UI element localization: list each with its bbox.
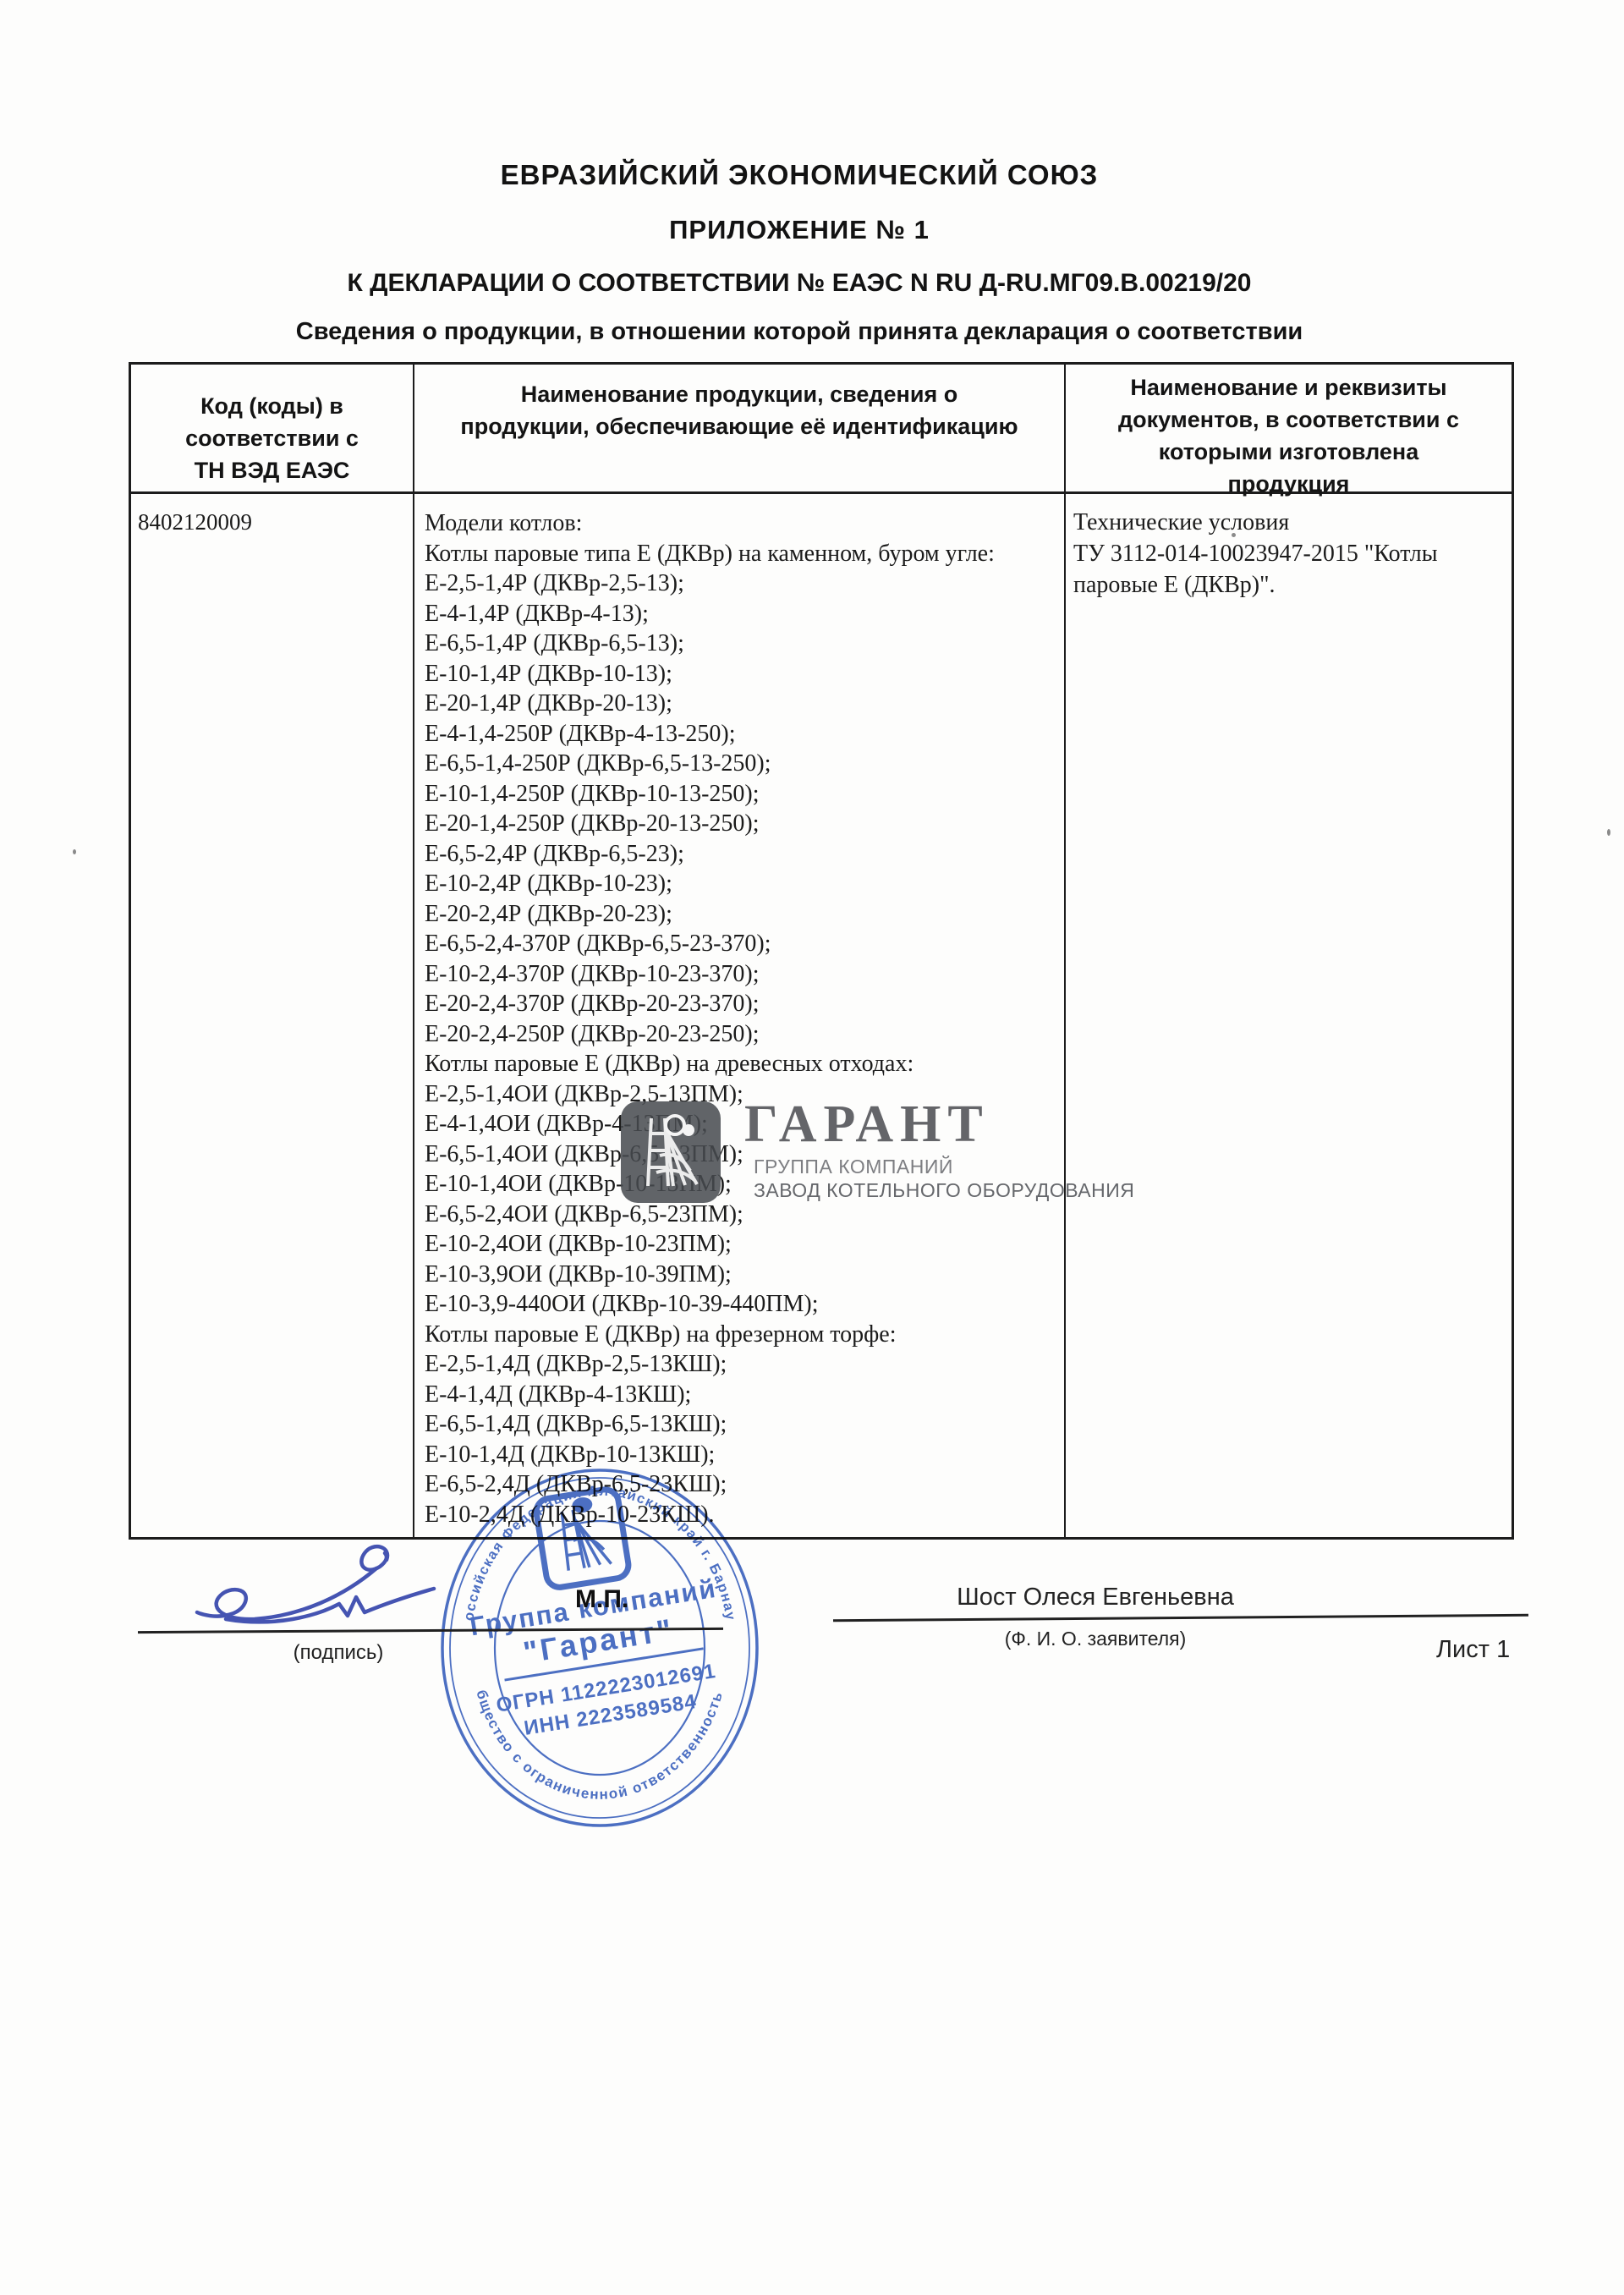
header-line: документов, в соответствии с xyxy=(1066,404,1512,436)
header-line: ТН ВЭД ЕАЭС xyxy=(131,454,413,486)
cell-products: Модели котлов:Котлы паровые типа Е (ДКВр… xyxy=(414,494,1066,1537)
product-line: Е-20-1,4Р (ДКВр-20-13); xyxy=(425,689,1061,719)
cell-code: 8402120009 xyxy=(131,494,414,1537)
product-line: Е-6,5-1,4Д (ДКВр-6,5-13КШ); xyxy=(425,1409,1061,1440)
product-line: Е-2,5-1,4ОИ (ДКВр-2,5-13ПМ); xyxy=(425,1079,1061,1110)
product-line: Е-4-1,4ОИ (ДКВр-4-13ПМ); xyxy=(425,1109,1061,1139)
product-line: Е-6,5-2,4ОИ (ДКВр-6,5-23ПМ); xyxy=(425,1200,1061,1230)
header-line: продукции, обеспечивающие её идентификац… xyxy=(414,410,1064,442)
applicant-line xyxy=(833,1614,1528,1622)
title-declaration-number: К ДЕКЛАРАЦИИ О СООТВЕТСТВИИ № ЕАЭС N RU … xyxy=(0,269,1599,298)
product-line: Е-10-1,4Р (ДКВр-10-13); xyxy=(425,659,1061,689)
signature-scribble xyxy=(173,1541,444,1639)
product-line: Котлы паровые Е (ДКВр) на фрезерном торф… xyxy=(425,1320,1061,1350)
scan-speck xyxy=(1232,533,1236,537)
product-line: Е-10-1,4ОИ (ДКВр-10-13ПМ); xyxy=(425,1169,1061,1200)
tnved-code: 8402120009 xyxy=(138,509,252,535)
product-line: Модели котлов: xyxy=(425,508,1061,539)
product-line: Е-10-1,4-250Р (ДКВр-10-13-250); xyxy=(425,779,1061,810)
header-code-column: Код (коды) всоответствии сТН ВЭД ЕАЭС xyxy=(131,365,414,491)
header-line: Наименование продукции, сведения о xyxy=(414,378,1064,410)
scan-speck xyxy=(1607,829,1610,836)
document-line: паровые Е (ДКВр)". xyxy=(1073,569,1508,601)
product-line: Е-10-2,4-370Р (ДКВр-10-23-370); xyxy=(425,959,1061,990)
product-line: Е-20-2,4Р (ДКВр-20-23); xyxy=(425,899,1061,930)
document-line: Технические условия xyxy=(1073,507,1508,538)
header-line: Наименование и реквизиты xyxy=(1066,371,1512,404)
applicant-caption: (Ф. И. О. заявителя) xyxy=(833,1628,1358,1650)
product-line: Е-6,5-1,4-250Р (ДКВр-6,5-13-250); xyxy=(425,749,1061,779)
header-product-column: Наименование продукции, сведения опродук… xyxy=(414,365,1066,491)
products-table: Код (коды) всоответствии сТН ВЭД ЕАЭС На… xyxy=(129,362,1514,1540)
document-line: ТУ 3112-014-10023947-2015 "Котлы xyxy=(1073,538,1508,569)
product-line: Е-10-2,4ОИ (ДКВр-10-23ПМ); xyxy=(425,1229,1061,1260)
table-body-row: 8402120009 Модели котлов:Котлы паровые т… xyxy=(131,494,1512,1537)
document-page: ЕВРАЗИЙСКИЙ ЭКОНОМИЧЕСКИЙ СОЮЗ ПРИЛОЖЕНИ… xyxy=(0,0,1624,2295)
product-line: Е-2,5-1,4Д (ДКВр-2,5-13КШ); xyxy=(425,1349,1061,1380)
company-stamp: Российская Федерация Алтайский край г. Б… xyxy=(433,1463,767,1836)
title-subtitle: Сведения о продукции, в отношении которо… xyxy=(0,318,1599,346)
title-annex: ПРИЛОЖЕНИЕ № 1 xyxy=(0,215,1599,245)
product-line: Е-20-1,4-250Р (ДКВр-20-13-250); xyxy=(425,809,1061,839)
product-line: Е-4-1,4Р (ДКВр-4-13); xyxy=(425,599,1061,629)
cell-documents: Технические условияТУ 3112-014-10023947-… xyxy=(1066,494,1512,1537)
table-header-row: Код (коды) всоответствии сТН ВЭД ЕАЭС На… xyxy=(131,365,1512,494)
header-line: Код (коды) в xyxy=(131,390,413,422)
product-line: Е-6,5-1,4Р (ДКВр-6,5-13); xyxy=(425,629,1061,659)
product-line: Е-2,5-1,4Р (ДКВр-2,5-13); xyxy=(425,568,1061,599)
product-line: Е-6,5-2,4Р (ДКВр-6,5-23); xyxy=(425,839,1061,870)
product-line: Котлы паровые типа Е (ДКВр) на каменном,… xyxy=(425,539,1061,569)
scan-speck xyxy=(73,849,76,854)
product-line: Е-10-3,9ОИ (ДКВр-10-39ПМ); xyxy=(425,1260,1061,1290)
header-line: которыми изготовлена xyxy=(1066,436,1512,468)
product-line: Е-4-1,4Д (ДКВр-4-13КШ); xyxy=(425,1380,1061,1410)
product-line: Е-10-2,4Р (ДКВр-10-23); xyxy=(425,869,1061,899)
applicant-name: Шост Олеся Евгеньевна xyxy=(833,1584,1358,1611)
product-line: Е-10-3,9-440ОИ (ДКВр-10-39-440ПМ); xyxy=(425,1289,1061,1320)
header-documents-column: Наименование и реквизитыдокументов, в со… xyxy=(1066,365,1512,491)
header-line: соответствии с xyxy=(131,422,413,454)
product-line: Е-6,5-1,4ОИ (ДКВр-6,5-13ПМ); xyxy=(425,1139,1061,1170)
product-line: Е-20-2,4-250Р (ДКВр-20-23-250); xyxy=(425,1019,1061,1050)
sheet-number: Лист 1 xyxy=(1436,1636,1510,1664)
product-line: Котлы паровые Е (ДКВр) на древесных отхо… xyxy=(425,1049,1061,1079)
product-line: Е-20-2,4-370Р (ДКВр-20-23-370); xyxy=(425,989,1061,1019)
mp-label: М.П. xyxy=(575,1585,628,1614)
title-union: ЕВРАЗИЙСКИЙ ЭКОНОМИЧЕСКИЙ СОЮЗ xyxy=(0,159,1599,191)
product-line: Е-4-1,4-250Р (ДКВр-4-13-250); xyxy=(425,719,1061,749)
signature-caption: (подпись) xyxy=(279,1641,398,1665)
product-line: Е-6,5-2,4-370Р (ДКВр-6,5-23-370); xyxy=(425,929,1061,959)
